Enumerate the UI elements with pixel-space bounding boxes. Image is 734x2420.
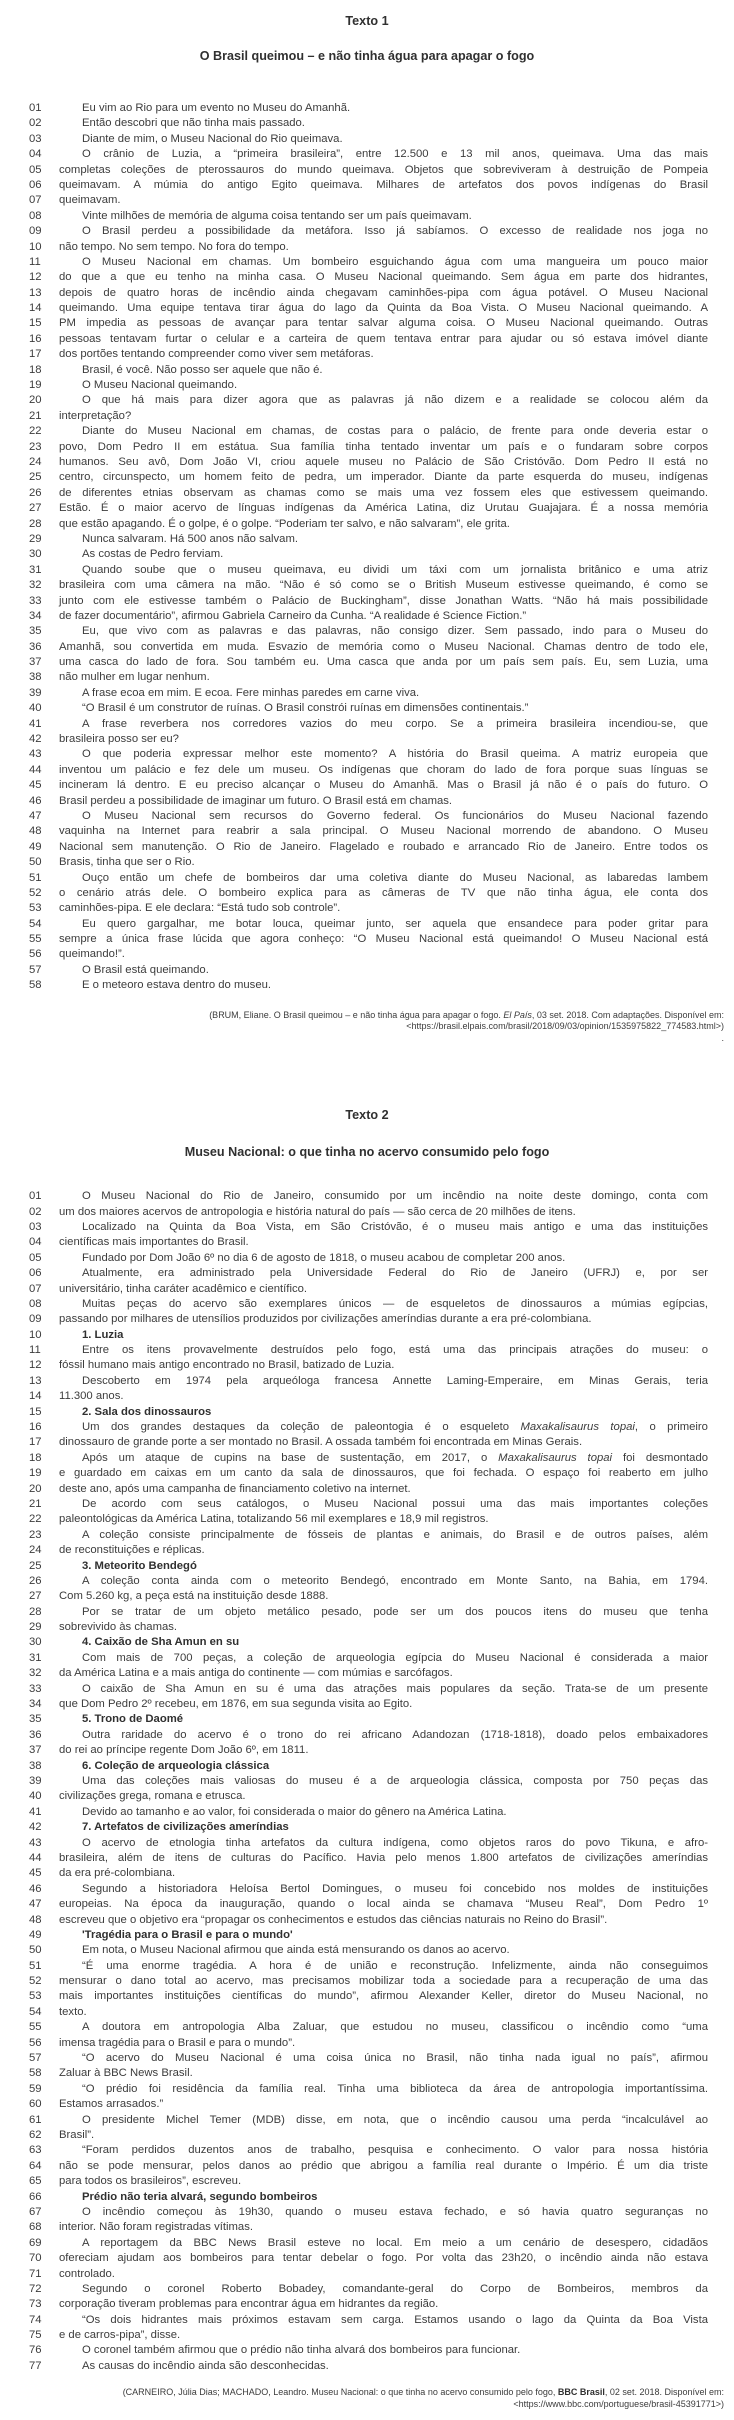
line-text: interior. Não foram registradas vítimas. (59, 2220, 708, 2235)
text-line: 01Eu vim ao Rio para um evento no Museu … (0, 101, 734, 116)
line-text: Segundo a historiadora Heloísa Bertol Do… (59, 1882, 708, 1897)
line-text: não se pode mensurar, pelos danos ao pré… (59, 2159, 708, 2174)
text-line: 253. Meteorito Bendegó (0, 1559, 734, 1574)
line-text: Fundado por Dom João 6º no dia 6 de agos… (59, 1251, 708, 1266)
line-number: 03 (29, 1220, 59, 1235)
line-number: 40 (29, 1789, 59, 1804)
line-text: humanos. Seu avô, Dom João VI, criou aqu… (59, 455, 708, 470)
line-text: centro, circunspecto, um homem feito de … (59, 470, 708, 485)
line-number: 08 (29, 209, 59, 224)
line-number: 57 (29, 2051, 59, 2066)
text-line: 26de diferentes etnias observam as chama… (0, 486, 734, 501)
line-text: A coleção conta ainda com o meteorito Be… (59, 1574, 708, 1589)
line-text: O incêndio começou às 19h30, quando o mu… (59, 2205, 708, 2220)
line-number: 64 (29, 2159, 59, 2174)
text-line: 73corporação tiveram problemas para enco… (0, 2297, 734, 2312)
line-text: O Brasil perdeu a possibilidade da metáf… (59, 224, 708, 239)
line-text: Eu, que vivo com as palavras e das palav… (59, 624, 708, 639)
line-number: 51 (29, 1959, 59, 1974)
line-text: que Dom Pedro 2º recebeu, em 1876, em su… (59, 1697, 708, 1712)
text-line: 40civilizações grega, romana e etrusca. (0, 1789, 734, 1804)
text-line: 51“É uma enorme tragédia. A hora é de un… (0, 1959, 734, 1974)
line-number: 37 (29, 655, 59, 670)
text-line: 37uma casca do lado de fora. Sou também … (0, 655, 734, 670)
text-line: 13Descoberto em 1974 pela arqueóloga fra… (0, 1374, 734, 1389)
line-text: inventou um palácio e fez dele um museu.… (59, 763, 708, 778)
text-line: 72Segundo o coronel Roberto Bobadey, com… (0, 2282, 734, 2297)
text-line: 31Com mais de 700 peças, a coleção de ar… (0, 1651, 734, 1666)
text-line: 32brasileira com uma câmera na mão. “Não… (0, 578, 734, 593)
text-line: 57O Brasil está queimando. (0, 963, 734, 978)
line-number: 13 (29, 286, 59, 301)
line-text: O caixão de Sha Amun en su é uma das atr… (59, 1682, 708, 1697)
line-text: Brasil perdeu a possibilidade de imagina… (59, 794, 708, 809)
text-line: 39Uma das coleções mais valiosas do muse… (0, 1774, 734, 1789)
text-line: 74“Os dois hidrantes mais próximos estav… (0, 2313, 734, 2328)
text-line: 17dos portões tentando compreender como … (0, 347, 734, 362)
text-line: 41A frase reverbera nos corredores vazio… (0, 717, 734, 732)
line-number: 07 (29, 1282, 59, 1297)
text-line: 304. Caixão de Sha Amun en su (0, 1635, 734, 1650)
text-line: 1411.300 anos. (0, 1389, 734, 1404)
line-number: 16 (29, 1420, 59, 1435)
line-text: completas coleções de pterossauros do mu… (59, 163, 708, 178)
line-text: 6. Coleção de arqueologia clássica (59, 1759, 708, 1774)
text-line: 31Quando soube que o museu queimava, eu … (0, 563, 734, 578)
text-line: 48escreveu que o objetivo era “propagar … (0, 1913, 734, 1928)
line-number: 25 (29, 470, 59, 485)
line-number: 10 (29, 240, 59, 255)
line-number: 22 (29, 424, 59, 439)
text-line: 152. Sala dos dinossauros (0, 1405, 734, 1420)
text-line: 58E o meteoro estava dentro do museu. (0, 978, 734, 993)
line-text: de diferentes etnias observam as chamas … (59, 486, 708, 501)
line-number: 51 (29, 871, 59, 886)
line-number: 59 (29, 2082, 59, 2097)
text-line: 35Eu, que vivo com as palavras e das pal… (0, 624, 734, 639)
line-text: Zaluar à BBC News Brasil. (59, 2066, 708, 2081)
line-number: 12 (29, 1358, 59, 1373)
line-text: Nacional sem manutenção. O Rio de Janeir… (59, 840, 708, 855)
text-segment: <https://www.bbc.com/portuguese/brasil-4… (513, 2399, 724, 2409)
line-text: queimavam. A múmia do antigo Egito queim… (59, 178, 708, 193)
line-number: 21 (29, 409, 59, 424)
line-number: 07 (29, 193, 59, 208)
line-number: 47 (29, 809, 59, 824)
line-number: 34 (29, 609, 59, 624)
line-number: 04 (29, 1235, 59, 1250)
line-text: e de carros-pipa”, disse. (59, 2328, 708, 2343)
text-line: 63“Foram perdidos duzentos anos de traba… (0, 2143, 734, 2158)
text-line: 11O Museu Nacional em chamas. Um bombeir… (0, 255, 734, 270)
text-line: 45da era pré-colombiana. (0, 1866, 734, 1881)
text-line: 06queimavam. A múmia do antigo Egito que… (0, 178, 734, 193)
text-line: 38não mulher em lugar nenhum. (0, 670, 734, 685)
line-number: 55 (29, 932, 59, 947)
line-number: 15 (29, 1405, 59, 1420)
line-number: 29 (29, 1620, 59, 1635)
line-number: 47 (29, 1897, 59, 1912)
line-number: 42 (29, 732, 59, 747)
line-text: De acordo com seus catálogos, o Museu Na… (59, 1497, 708, 1512)
line-text: do rei ao príncipe regente Dom João 6º, … (59, 1743, 708, 1758)
line-text: A frase ecoa em mim. E ecoa. Fere minhas… (59, 686, 708, 701)
line-number: 41 (29, 1805, 59, 1820)
line-number: 35 (29, 624, 59, 639)
line-text: As costas de Pedro ferviam. (59, 547, 708, 562)
line-number: 12 (29, 270, 59, 285)
line-number: 61 (29, 2113, 59, 2128)
line-text: O acervo de etnologia tinha artefatos da… (59, 1836, 708, 1851)
text-line: 09passando por milhares de utensílios pr… (0, 1312, 734, 1327)
text-segment: , 02 set. 2018. Disponível em: (605, 2387, 724, 2397)
line-text: Entre os itens provavelmente destruídos … (59, 1343, 708, 1358)
line-number: 27 (29, 1589, 59, 1604)
text-line: 27Estão. É o maior acervo de línguas ind… (0, 501, 734, 516)
texto2-label: Texto 2 (0, 1108, 734, 1123)
line-text: incineram lá dentro. E eu preciso alcanç… (59, 778, 708, 793)
line-text: Vinte milhões de memória de alguma coisa… (59, 209, 708, 224)
line-text: não mulher em lugar nenhum. (59, 670, 708, 685)
line-number: 31 (29, 563, 59, 578)
text-line: 50Em nota, o Museu Nacional afirmou que … (0, 1943, 734, 1958)
texto1-title: O Brasil queimou – e não tinha água para… (0, 49, 734, 64)
line-number: 06 (29, 178, 59, 193)
text-line: 28Por se tratar de um objeto metálico pe… (0, 1605, 734, 1620)
line-text: “Os dois hidrantes mais próximos estavam… (59, 2313, 708, 2328)
line-number: 33 (29, 594, 59, 609)
text-line: 46Segundo a historiadora Heloísa Bertol … (0, 1882, 734, 1897)
line-number: 18 (29, 363, 59, 378)
line-number: 10 (29, 1328, 59, 1343)
line-text: O Museu Nacional em chamas. Um bombeiro … (59, 255, 708, 270)
line-number: 04 (29, 147, 59, 162)
source-line: . (0, 1033, 724, 1045)
line-text: queimavam. (59, 193, 708, 208)
text-line: 08Vinte milhões de memória de alguma coi… (0, 209, 734, 224)
line-number: 37 (29, 1743, 59, 1758)
line-number: 32 (29, 1666, 59, 1681)
line-number: 49 (29, 1928, 59, 1943)
line-text: controlado. (59, 2267, 708, 2282)
line-number: 23 (29, 1528, 59, 1543)
text-line: 27Com 5.260 kg, a peça está na instituiç… (0, 1589, 734, 1604)
line-number: 40 (29, 701, 59, 716)
line-text: A coleção consiste principalmente de fós… (59, 1528, 708, 1543)
line-number: 66 (29, 2190, 59, 2205)
line-text: Estamos arrasados.” (59, 2097, 708, 2112)
line-text: científicas mais importantes do Brasil. (59, 1235, 708, 1250)
text-segment: Após um ataque de cupins na base de sust… (82, 1452, 498, 1464)
text-line: 30As costas de Pedro ferviam. (0, 547, 734, 562)
line-text: Segundo o coronel Roberto Bobadey, coman… (59, 2282, 708, 2297)
text-line: 36Amanhã, sou convertida em muda. Esvazi… (0, 640, 734, 655)
line-number: 48 (29, 1913, 59, 1928)
line-number: 53 (29, 901, 59, 916)
line-text: povo, Dom Pedro II em estátua. Sua famíl… (59, 440, 708, 455)
line-number: 19 (29, 1466, 59, 1481)
line-number: 20 (29, 393, 59, 408)
line-text: Uma das coleções mais valiosas do museu … (59, 1774, 708, 1789)
line-number: 45 (29, 778, 59, 793)
text-line: 20deste ano, após uma campanha de financ… (0, 1482, 734, 1497)
text-line: 21De acordo com seus catálogos, o Museu … (0, 1497, 734, 1512)
line-number: 46 (29, 1882, 59, 1897)
text-segment: Um dos grandes destaques da coleção de p… (82, 1421, 520, 1433)
text-line: 76O coronel também afirmou que o prédio … (0, 2343, 734, 2358)
line-text: O que há mais para dizer agora que as pa… (59, 393, 708, 408)
line-number: 38 (29, 670, 59, 685)
line-number: 36 (29, 1728, 59, 1743)
text-line: 10não tempo. No sem tempo. No fora do te… (0, 240, 734, 255)
text-line: 56queimando!”. (0, 947, 734, 962)
text-line: 25centro, circunspecto, um homem feito d… (0, 470, 734, 485)
line-number: 14 (29, 1389, 59, 1404)
line-number: 39 (29, 686, 59, 701)
text-line: 28que estão apagando. É o golpe, é o gol… (0, 517, 734, 532)
line-text: brasileira com uma câmera na mão. “Não é… (59, 578, 708, 593)
line-text: Descoberto em 1974 pela arqueóloga franc… (59, 1374, 708, 1389)
line-text: brasileira, além de itens de culturas do… (59, 1851, 708, 1866)
text-line: 16Um dos grandes destaques da coleção de… (0, 1420, 734, 1435)
text-line: 23povo, Dom Pedro II em estátua. Sua fam… (0, 440, 734, 455)
line-number: 41 (29, 717, 59, 732)
text-line: 21interpretação? (0, 409, 734, 424)
text-line: 51Ouço então um chefe de bombeiros dar u… (0, 871, 734, 886)
text-line: 12do que a que eu tenho na minha casa. O… (0, 270, 734, 285)
line-number: 30 (29, 1635, 59, 1650)
line-text: de fazer documentário”, afirmou Gabriela… (59, 609, 708, 624)
text-line: 52mensurar o dano total ao acervo, mas p… (0, 1974, 734, 1989)
line-text: Eu vim ao Rio para um evento no Museu do… (59, 101, 708, 116)
line-number: 71 (29, 2267, 59, 2282)
text-segment: (CARNEIRO, Júlia Dias; MACHADO, Leandro.… (123, 2387, 558, 2397)
line-text: Devido ao tamanho e ao valor, foi consid… (59, 1805, 708, 1820)
line-number: 17 (29, 347, 59, 362)
line-number: 63 (29, 2143, 59, 2158)
line-number: 19 (29, 378, 59, 393)
text-line: 54Eu quero gargalhar, me botar louca, qu… (0, 917, 734, 932)
line-text: A reportagem da BBC News Brasil esteve n… (59, 2236, 708, 2251)
line-text: O presidente Michel Temer (MDB) disse, e… (59, 2113, 708, 2128)
text-line: 43O acervo de etnologia tinha artefatos … (0, 1836, 734, 1851)
line-number: 54 (29, 2005, 59, 2020)
line-text: Eu quero gargalhar, me botar louca, quei… (59, 917, 708, 932)
source-line: (BRUM, Eliane. O Brasil queimou – e não … (0, 1010, 724, 1022)
line-text: depois de quatro horas de incêndio ainda… (59, 286, 708, 301)
line-text: Localizado na Quinta da Boa Vista, em Sã… (59, 1220, 708, 1235)
line-text: passando por milhares de utensílios prod… (59, 1312, 708, 1327)
line-text: Ouço então um chefe de bombeiros dar uma… (59, 871, 708, 886)
texto1-body: 01Eu vim ao Rio para um evento no Museu … (0, 101, 734, 994)
text-line: 54texto. (0, 2005, 734, 2020)
line-text: civilizações grega, romana e etrusca. (59, 1789, 708, 1804)
line-text: E o meteoro estava dentro do museu. (59, 978, 708, 993)
text-line: 03Diante de mim, o Museu Nacional do Rio… (0, 132, 734, 147)
line-number: 15 (29, 316, 59, 331)
line-number: 30 (29, 547, 59, 562)
text-line: 12fóssil humano mais antigo encontrado n… (0, 1358, 734, 1373)
line-text: e guardado em caixas em um canto da sala… (59, 1466, 708, 1481)
line-text: 7. Artefatos de civilizações ameríndias (59, 1820, 708, 1835)
line-number: 29 (29, 532, 59, 547)
line-text: escreveu que o objetivo era “propagar os… (59, 1913, 708, 1928)
text-line: 02Então descobri que não tinha mais pass… (0, 116, 734, 131)
line-number: 62 (29, 2128, 59, 2143)
line-number: 76 (29, 2343, 59, 2358)
line-text: interpretação? (59, 409, 708, 424)
line-number: 24 (29, 1543, 59, 1558)
text-line: 14queimando. Uma equipe tentava tirar ág… (0, 301, 734, 316)
line-number: 14 (29, 301, 59, 316)
line-text: brasileira posso ser eu? (59, 732, 708, 747)
texto2-source-citation: (CARNEIRO, Júlia Dias; MACHADO, Leandro.… (0, 2387, 724, 2410)
line-number: 08 (29, 1297, 59, 1312)
text-line: 34que Dom Pedro 2º recebeu, em 1876, em … (0, 1697, 734, 1712)
line-number: 26 (29, 486, 59, 501)
line-text: universitário, tinha caráter acadêmico e… (59, 1282, 708, 1297)
line-number: 35 (29, 1712, 59, 1727)
text-line: 55sempre a única frase lúcida que agora … (0, 932, 734, 947)
text-line: 65para todos os brasileiros”, escreveu. (0, 2174, 734, 2189)
text-line: 33O caixão de Sha Amun en su é uma das a… (0, 1682, 734, 1697)
text-line: 52o cenário atrás dele. O bombeiro expli… (0, 886, 734, 901)
line-text: caminhões-pipa. E ele declara: “Está tud… (59, 901, 708, 916)
line-text: 3. Meteorito Bendegó (59, 1559, 708, 1574)
text-line: 56imensa tragédia para o Brasil e para o… (0, 2036, 734, 2051)
line-number: 01 (29, 101, 59, 116)
line-text: Após um ataque de cupins na base de sust… (59, 1451, 708, 1466)
text-line: 50Brasis, tinha que ser o Rio. (0, 855, 734, 870)
line-text: O coronel também afirmou que o prédio nã… (59, 2343, 708, 2358)
line-text: “O Brasil é um construtor de ruínas. O B… (59, 701, 708, 716)
text-line: 47O Museu Nacional sem recursos do Gover… (0, 809, 734, 824)
line-number: 18 (29, 1451, 59, 1466)
line-text: O Brasil está queimando. (59, 963, 708, 978)
line-text: O Museu Nacional sem recursos do Governo… (59, 809, 708, 824)
text-segment: . (721, 1033, 724, 1043)
line-number: 34 (29, 1697, 59, 1712)
line-number: 58 (29, 978, 59, 993)
line-number: 52 (29, 886, 59, 901)
text-line: 18Brasil, é você. Não posso ser aquele q… (0, 363, 734, 378)
text-line: 01O Museu Nacional do Rio de Janeiro, co… (0, 1189, 734, 1204)
source-line: (CARNEIRO, Júlia Dias; MACHADO, Leandro.… (0, 2387, 724, 2399)
line-text: “É uma enorme tragédia. A hora é de uniã… (59, 1959, 708, 1974)
line-number: 05 (29, 163, 59, 178)
line-number: 49 (29, 840, 59, 855)
text-line: 29Nunca salvaram. Há 500 anos não salvam… (0, 532, 734, 547)
line-number: 75 (29, 2328, 59, 2343)
text-line: 49Nacional sem manutenção. O Rio de Jane… (0, 840, 734, 855)
line-text: A frase reverbera nos corredores vazios … (59, 717, 708, 732)
line-number: 23 (29, 440, 59, 455)
line-text: PM impedia as pessoas de avançar para te… (59, 316, 708, 331)
line-text: Quando soube que o museu queimava, eu di… (59, 563, 708, 578)
line-number: 26 (29, 1574, 59, 1589)
text-line: 40“O Brasil é um construtor de ruínas. O… (0, 701, 734, 716)
text-line: 05completas coleções de pterossauros do … (0, 163, 734, 178)
line-text: junto com ele estivesse também o Palácio… (59, 594, 708, 609)
line-text: sobrevivido às chamas. (59, 1620, 708, 1635)
line-text: da era pré-colombiana. (59, 1866, 708, 1881)
line-number: 50 (29, 855, 59, 870)
text-line: 68interior. Não foram registradas vítima… (0, 2220, 734, 2235)
text-line: 07queimavam. (0, 193, 734, 208)
text-line: 19O Museu Nacional queimando. (0, 378, 734, 393)
document-page: Texto 1 O Brasil queimou – e não tinha á… (0, 0, 734, 2420)
line-number: 42 (29, 1820, 59, 1835)
text-line: 36Outra raridade do acervo é o trono do … (0, 1728, 734, 1743)
text-segment: , o primeiro (635, 1421, 708, 1433)
line-text: 'Tragédia para o Brasil e para o mundo' (59, 1928, 708, 1943)
text-line: 60Estamos arrasados.” (0, 2097, 734, 2112)
line-number: 57 (29, 963, 59, 978)
line-text: Com 5.260 kg, a peça está na instituição… (59, 1589, 708, 1604)
text-segment: foi desmontado (612, 1452, 708, 1464)
line-text: Diante do Museu Nacional em chamas, de c… (59, 424, 708, 439)
line-text: não tempo. No sem tempo. No fora do temp… (59, 240, 708, 255)
italic-text-segment: El País (503, 1010, 532, 1020)
line-text: O Museu Nacional queimando. (59, 378, 708, 393)
line-text: Com mais de 700 peças, a coleção de arqu… (59, 1651, 708, 1666)
line-number: 36 (29, 640, 59, 655)
text-line: 53mais importantes instituições científi… (0, 1989, 734, 2004)
italic-text-segment: Maxakalisaurus topai (498, 1452, 612, 1464)
line-number: 50 (29, 1943, 59, 1958)
line-text: Brasil, é você. Não posso ser aquele que… (59, 363, 708, 378)
line-number: 28 (29, 1605, 59, 1620)
text-line: 64não se pode mensurar, pelos danos ao p… (0, 2159, 734, 2174)
text-line: 70ofereciam ajudam aos bombeiros para te… (0, 2251, 734, 2266)
line-text: o cenário atrás dele. O bombeiro explica… (59, 886, 708, 901)
line-number: 52 (29, 1974, 59, 1989)
text-line: 77As causas do incêndio ainda são descon… (0, 2359, 734, 2374)
line-number: 73 (29, 2297, 59, 2312)
line-text: do que a que eu tenho na minha casa. O M… (59, 270, 708, 285)
line-number: 17 (29, 1435, 59, 1450)
text-segment: , 03 set. 2018. Com adaptações. Disponív… (532, 1010, 724, 1020)
text-line: 02um dos maiores acervos de antropologia… (0, 1205, 734, 1220)
line-text: “Foram perdidos duzentos anos de trabalh… (59, 2143, 708, 2158)
line-text: fóssil humano mais antigo encontrado no … (59, 1358, 708, 1373)
line-number: 44 (29, 763, 59, 778)
line-text: da América Latina e a mais antiga do con… (59, 1666, 708, 1681)
line-text: mensurar o dano total ao acervo, mas pre… (59, 1974, 708, 1989)
text-line: 44brasileira, além de itens de culturas … (0, 1851, 734, 1866)
line-text: O Museu Nacional do Rio de Janeiro, cons… (59, 1189, 708, 1204)
line-number: 69 (29, 2236, 59, 2251)
text-line: 45incineram lá dentro. E eu preciso alca… (0, 778, 734, 793)
line-number: 54 (29, 917, 59, 932)
text-line: 46Brasil perdeu a possibilidade de imagi… (0, 794, 734, 809)
bold-text-segment: BBC Brasil (558, 2387, 605, 2397)
line-text: sempre a única frase lúcida que agora co… (59, 932, 708, 947)
text-line: 42brasileira posso ser eu? (0, 732, 734, 747)
text-line: 34de fazer documentário”, afirmou Gabrie… (0, 609, 734, 624)
source-line: <https://brasil.elpais.com/brasil/2018/0… (0, 1021, 724, 1033)
text-line: 22paleontológicas da América Latina, tot… (0, 1512, 734, 1527)
source-line: <https://www.bbc.com/portuguese/brasil-4… (0, 2399, 724, 2411)
text-line: 18Após um ataque de cupins na base de su… (0, 1451, 734, 1466)
line-number: 09 (29, 224, 59, 239)
text-line: 17dinossauro de grande porte a ser monta… (0, 1435, 734, 1450)
text-line: 41Devido ao tamanho e ao valor, foi cons… (0, 1805, 734, 1820)
line-text: 5. Trono de Daomé (59, 1712, 708, 1727)
text-line: 355. Trono de Daomé (0, 1712, 734, 1727)
line-number: 27 (29, 501, 59, 516)
line-text: europeias. Na época da inauguração, quan… (59, 1897, 708, 1912)
